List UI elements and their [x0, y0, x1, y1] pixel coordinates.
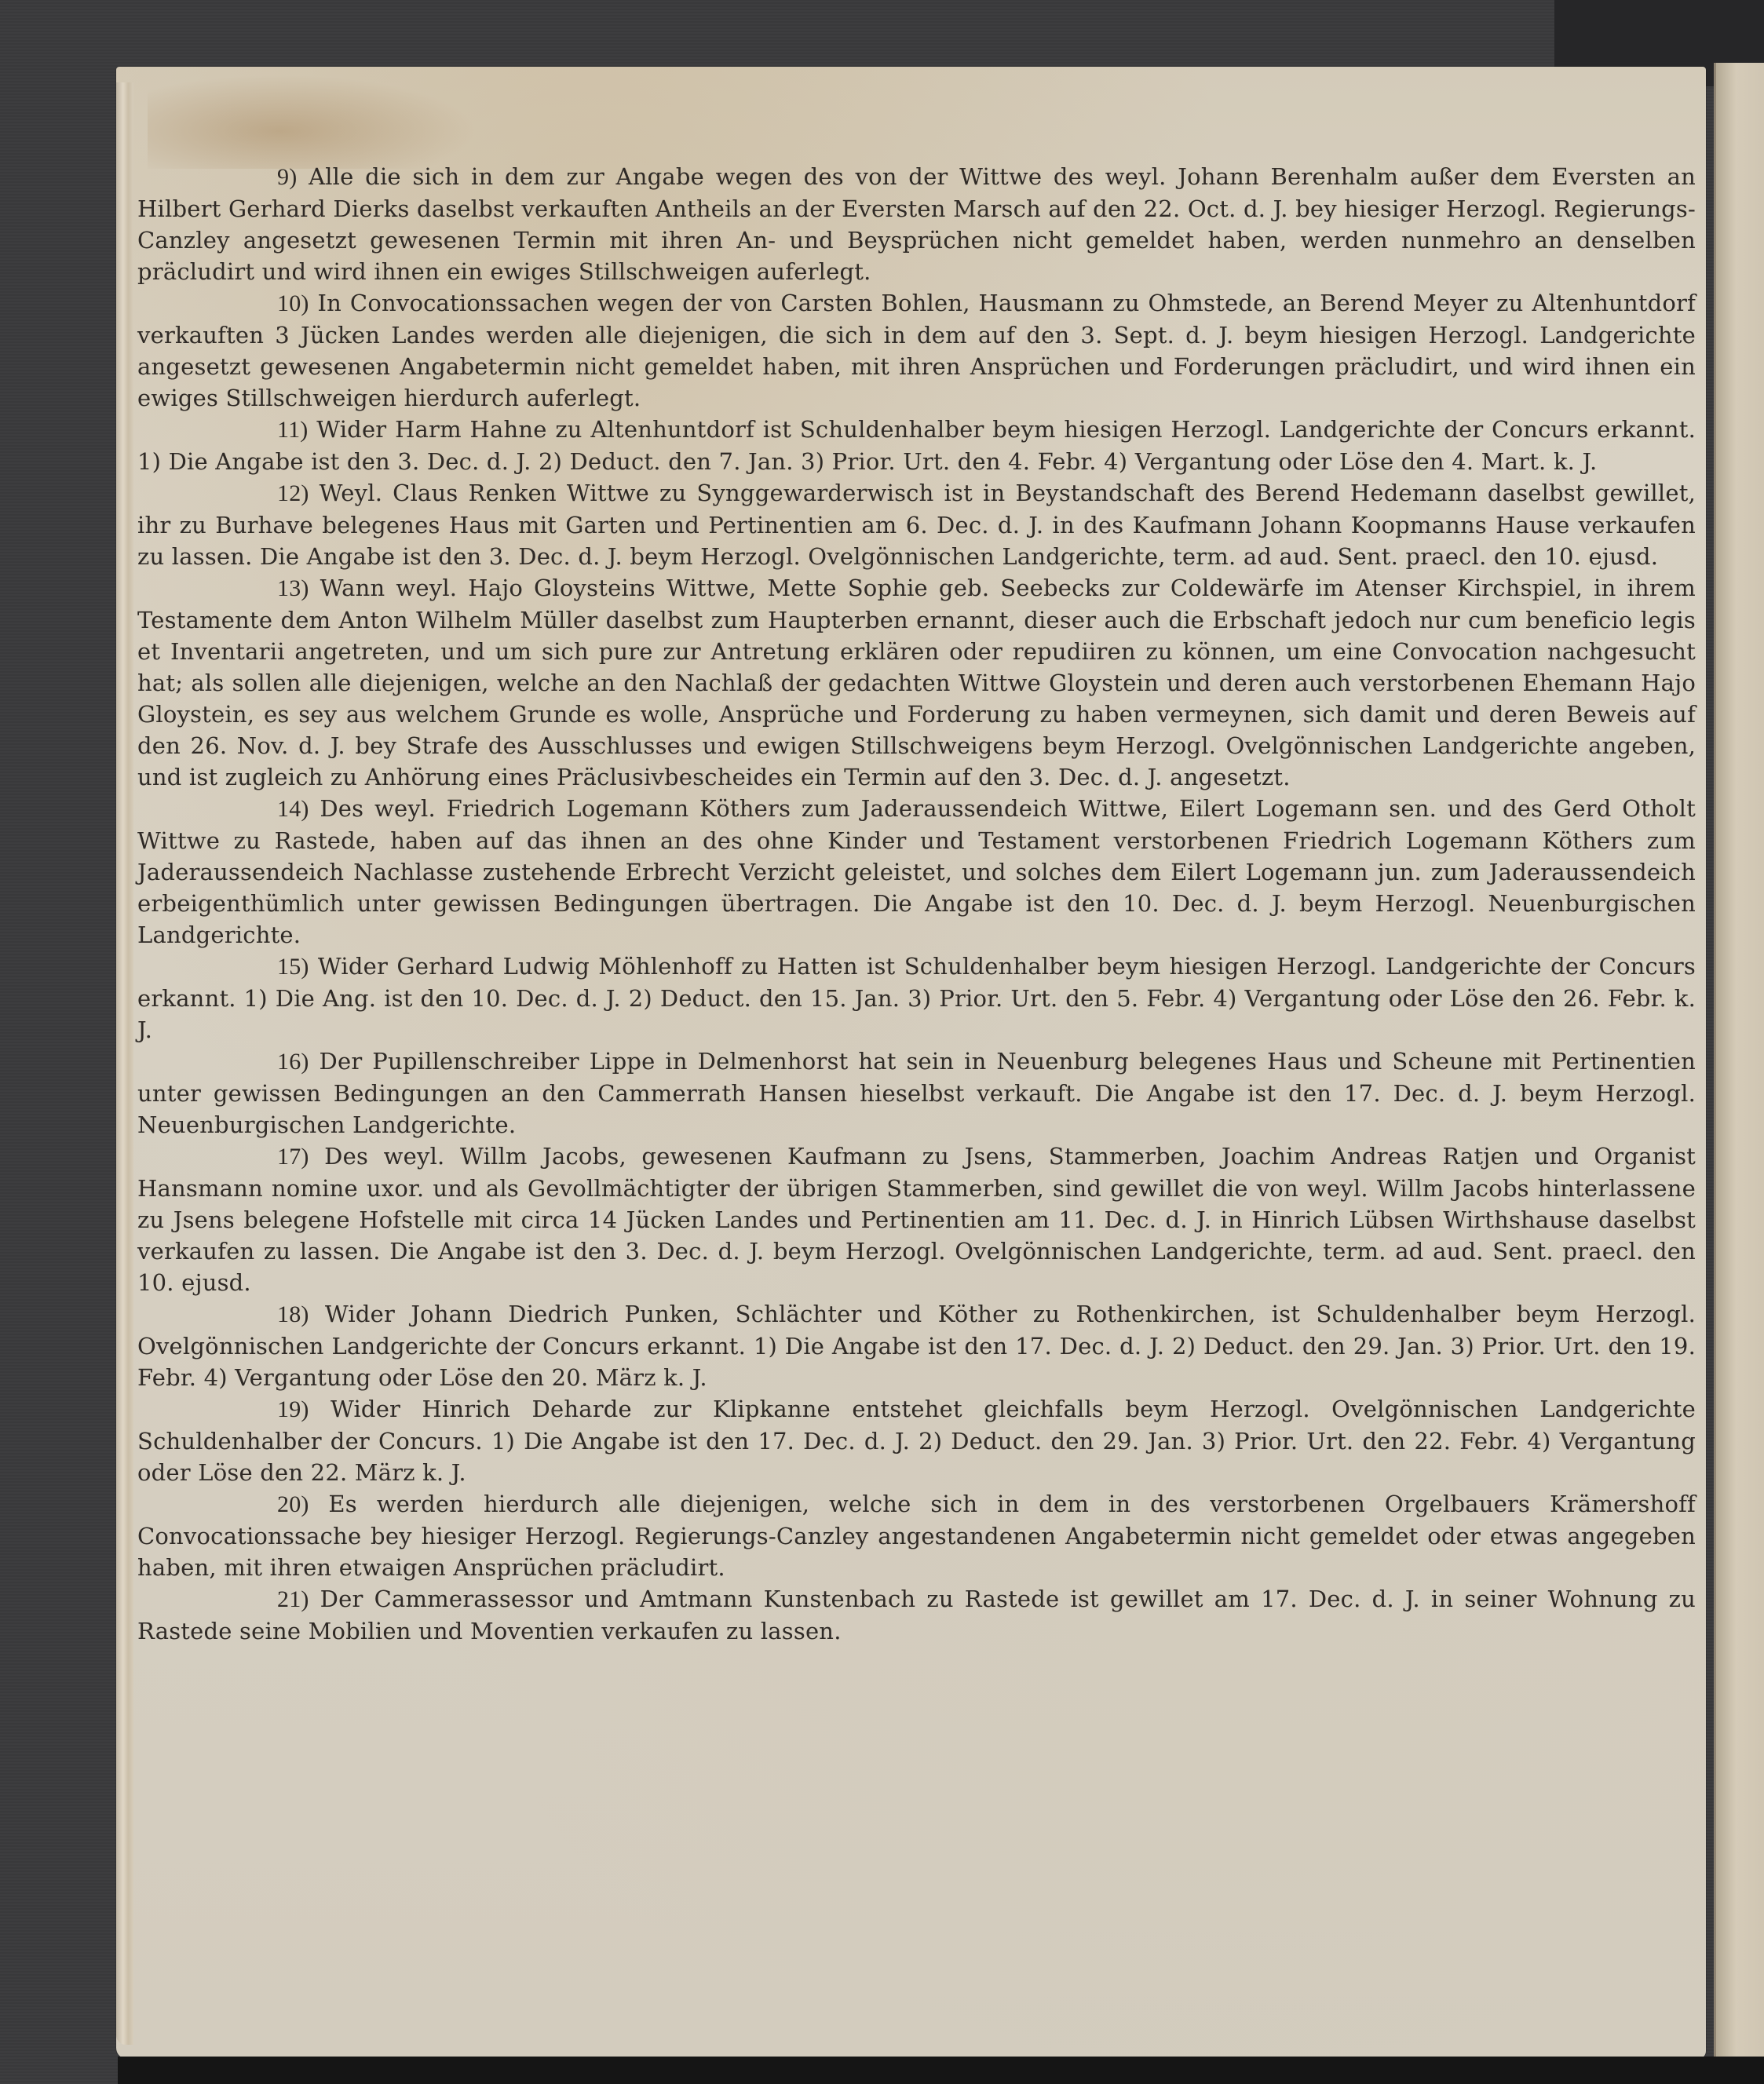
water-stain	[148, 75, 477, 169]
entry-number: 17)	[277, 1144, 309, 1170]
entry-text: Wider Johann Diedrich Punken, Schlächter…	[137, 1301, 1696, 1391]
entry-number: 10)	[277, 290, 309, 316]
entry-text: Weyl. Claus Renken Wittwe zu Synggewarde…	[137, 480, 1696, 570]
entry-text: Des weyl. Friedrich Logemann Köthers zum…	[137, 795, 1696, 948]
entry-text: Des weyl. Willm Jacobs, gewesenen Kaufma…	[137, 1143, 1696, 1296]
notice-entry-21: 21) Der Cammerassessor und Amtmann Kunst…	[137, 1583, 1696, 1647]
entry-text: Wider Hinrich Deharde zur Klipkanne ents…	[137, 1396, 1696, 1486]
notice-entry-15: 15) Wider Gerhard Ludwig Möhlenhoff zu H…	[137, 951, 1696, 1046]
entry-text: Der Cammerassessor und Amtmann Kunstenba…	[137, 1586, 1696, 1644]
notice-entry-11: 11) Wider Harm Hahne zu Altenhuntdorf is…	[137, 414, 1696, 477]
entry-number: 18)	[277, 1301, 309, 1327]
notice-entry-18: 18) Wider Johann Diedrich Punken, Schläc…	[137, 1298, 1696, 1393]
notice-entry-12: 12) Weyl. Claus Renken Wittwe zu Synggew…	[137, 477, 1696, 572]
adjacent-page-edge	[1714, 63, 1764, 2057]
page-shadow	[118, 2057, 1764, 2084]
notice-entry-16: 16) Der Pupillenschreiber Lippe in Delme…	[137, 1046, 1696, 1141]
notice-entry-13: 13) Wann weyl. Hajo Gloysteins Wittwe, M…	[137, 572, 1696, 793]
entry-number: 11)	[277, 417, 308, 443]
entry-number: 16)	[277, 1049, 309, 1075]
entry-text: Es werden hierdurch alle diejenigen, wel…	[137, 1491, 1696, 1581]
notice-entry-9: 9) Alle die sich in dem zur Angabe wegen…	[137, 161, 1696, 287]
notice-list: 9) Alle die sich in dem zur Angabe wegen…	[137, 161, 1696, 1647]
page-edge	[116, 82, 133, 2045]
entry-text: Alle die sich in dem zur Angabe wegen de…	[137, 163, 1696, 285]
entry-text: Wann weyl. Hajo Gloysteins Wittwe, Mette…	[137, 575, 1696, 790]
entry-number: 19)	[277, 1396, 309, 1422]
entry-number: 12)	[277, 480, 309, 506]
entry-text: Wider Harm Hahne zu Altenhuntdorf ist Sc…	[137, 416, 1696, 475]
notice-entry-19: 19) Wider Hinrich Deharde zur Klipkanne …	[137, 1393, 1696, 1488]
entry-number: 21)	[277, 1586, 309, 1612]
entry-number: 13)	[277, 575, 309, 601]
notice-entry-20: 20) Es werden hierdurch alle diejenigen,…	[137, 1488, 1696, 1583]
entry-number: 15)	[277, 954, 309, 980]
notice-entry-14: 14) Des weyl. Friedrich Logemann Köthers…	[137, 793, 1696, 951]
notice-entry-10: 10) In Convocationssachen wegen der von …	[137, 287, 1696, 414]
entry-number: 9)	[277, 164, 297, 190]
entry-number: 20)	[277, 1491, 309, 1517]
entry-text: In Convocationssachen wegen der von Cars…	[137, 290, 1696, 411]
entry-text: Der Pupillenschreiber Lippe in Delmenhor…	[137, 1048, 1696, 1138]
entry-number: 14)	[277, 796, 309, 822]
notice-entry-17: 17) Des weyl. Willm Jacobs, gewesenen Ka…	[137, 1141, 1696, 1298]
entry-text: Wider Gerhard Ludwig Möhlenhoff zu Hatte…	[137, 953, 1696, 1043]
